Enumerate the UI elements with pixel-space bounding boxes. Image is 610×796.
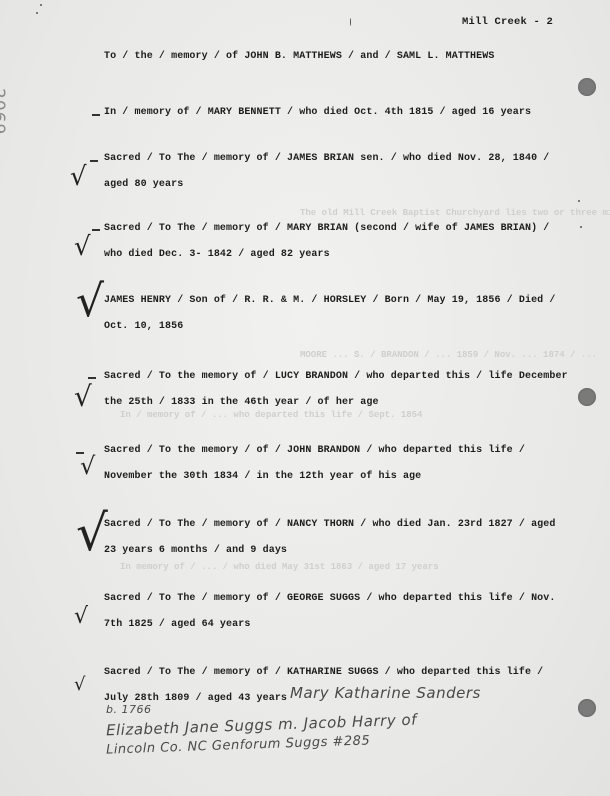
inscription-entry: In / memory of / MARY BENNETT / who died… [104, 100, 584, 126]
paper-speck [578, 200, 580, 202]
handwritten-note-line: Mary Katharine Sanders [290, 684, 481, 702]
inscription-entry: To / the / memory / of JOHN B. MATTHEWS … [104, 44, 584, 70]
inscription-line: 7th 1825 / aged 64 years [104, 612, 584, 638]
inscription-entry: Sacred / To The / memory of / NANCY THOR… [104, 512, 584, 564]
check-mark-icon: √ [76, 276, 104, 327]
check-mark-icon: √ [74, 604, 88, 629]
inscription-line: Oct. 10, 1856 [104, 314, 584, 340]
punch-hole [578, 78, 596, 96]
inscription-line: November the 30th 1834 / in the 12th yea… [104, 464, 584, 490]
inscription-line: the 25th / 1833 in the 46th year / of he… [104, 390, 584, 416]
inscription-line: Sacred / To The / memory of / KATHARINE … [104, 660, 584, 686]
handwritten-note-line: Elizabeth Jane Suggs m. Jacob Harry of [106, 711, 417, 740]
inscription-line: Sacred / To The / memory of / JAMES BRIA… [104, 146, 584, 172]
check-mark-icon: √ [70, 162, 87, 192]
inscription-entry: Sacred / To the memory / of / JOHN BRAND… [104, 438, 584, 490]
inscription-line: Sacred / To The / memory of / MARY BRIAN… [104, 216, 584, 242]
inscription-entry: JAMES HENRY / Son of / R. R. & M. / HORS… [104, 288, 584, 340]
document-page: The old Mill Creek Baptist Churchyard li… [0, 0, 610, 796]
inscription-line: Sacred / To the memory of / LUCY BRANDON… [104, 364, 584, 390]
dash-mark [88, 377, 96, 379]
check-mark-icon: √ [80, 452, 95, 480]
inscription-line: Sacred / To The / memory of / GEORGE SUG… [104, 586, 584, 612]
paper-speck [350, 18, 351, 26]
dash-mark [90, 160, 98, 162]
inscription-entry: Sacred / To The / memory of / JAMES BRIA… [104, 146, 584, 198]
inscription-line: who died Dec. 3- 1842 / aged 82 years [104, 242, 584, 268]
inscription-entry: Sacred / To the memory of / LUCY BRANDON… [104, 364, 584, 416]
bleed-through-text: MOORE ... S. / BRANDON / ... 1859 / Nov.… [300, 350, 597, 360]
inscription-line: In / memory of / MARY BENNETT / who died… [104, 100, 584, 126]
dash-mark [92, 114, 100, 116]
inscription-line: aged 80 years [104, 172, 584, 198]
paper-speck [40, 4, 42, 6]
inscription-entry: Sacred / To The / memory of / GEORGE SUG… [104, 586, 584, 638]
page-header: Mill Creek - 2 [462, 16, 553, 28]
dash-mark [92, 229, 100, 231]
margin-handwritten-number: 2069 [0, 88, 8, 135]
check-mark-icon: √ [74, 232, 91, 262]
inscription-entry: Sacred / To The / memory of / MARY BRIAN… [104, 216, 584, 268]
inscription-line: Sacred / To the memory / of / JOHN BRAND… [104, 438, 584, 464]
inscription-line: JAMES HENRY / Son of / R. R. & M. / HORS… [104, 288, 584, 314]
handwritten-note-line: b. 1766 [106, 703, 151, 716]
inscription-line: To / the / memory / of JOHN B. MATTHEWS … [104, 44, 584, 70]
check-mark-icon: √ [74, 380, 92, 413]
paper-speck [36, 12, 38, 14]
check-mark-icon: √ [74, 674, 85, 695]
inscription-line: 23 years 6 months / and 9 days [104, 538, 584, 564]
inscription-line: Sacred / To The / memory of / NANCY THOR… [104, 512, 584, 538]
